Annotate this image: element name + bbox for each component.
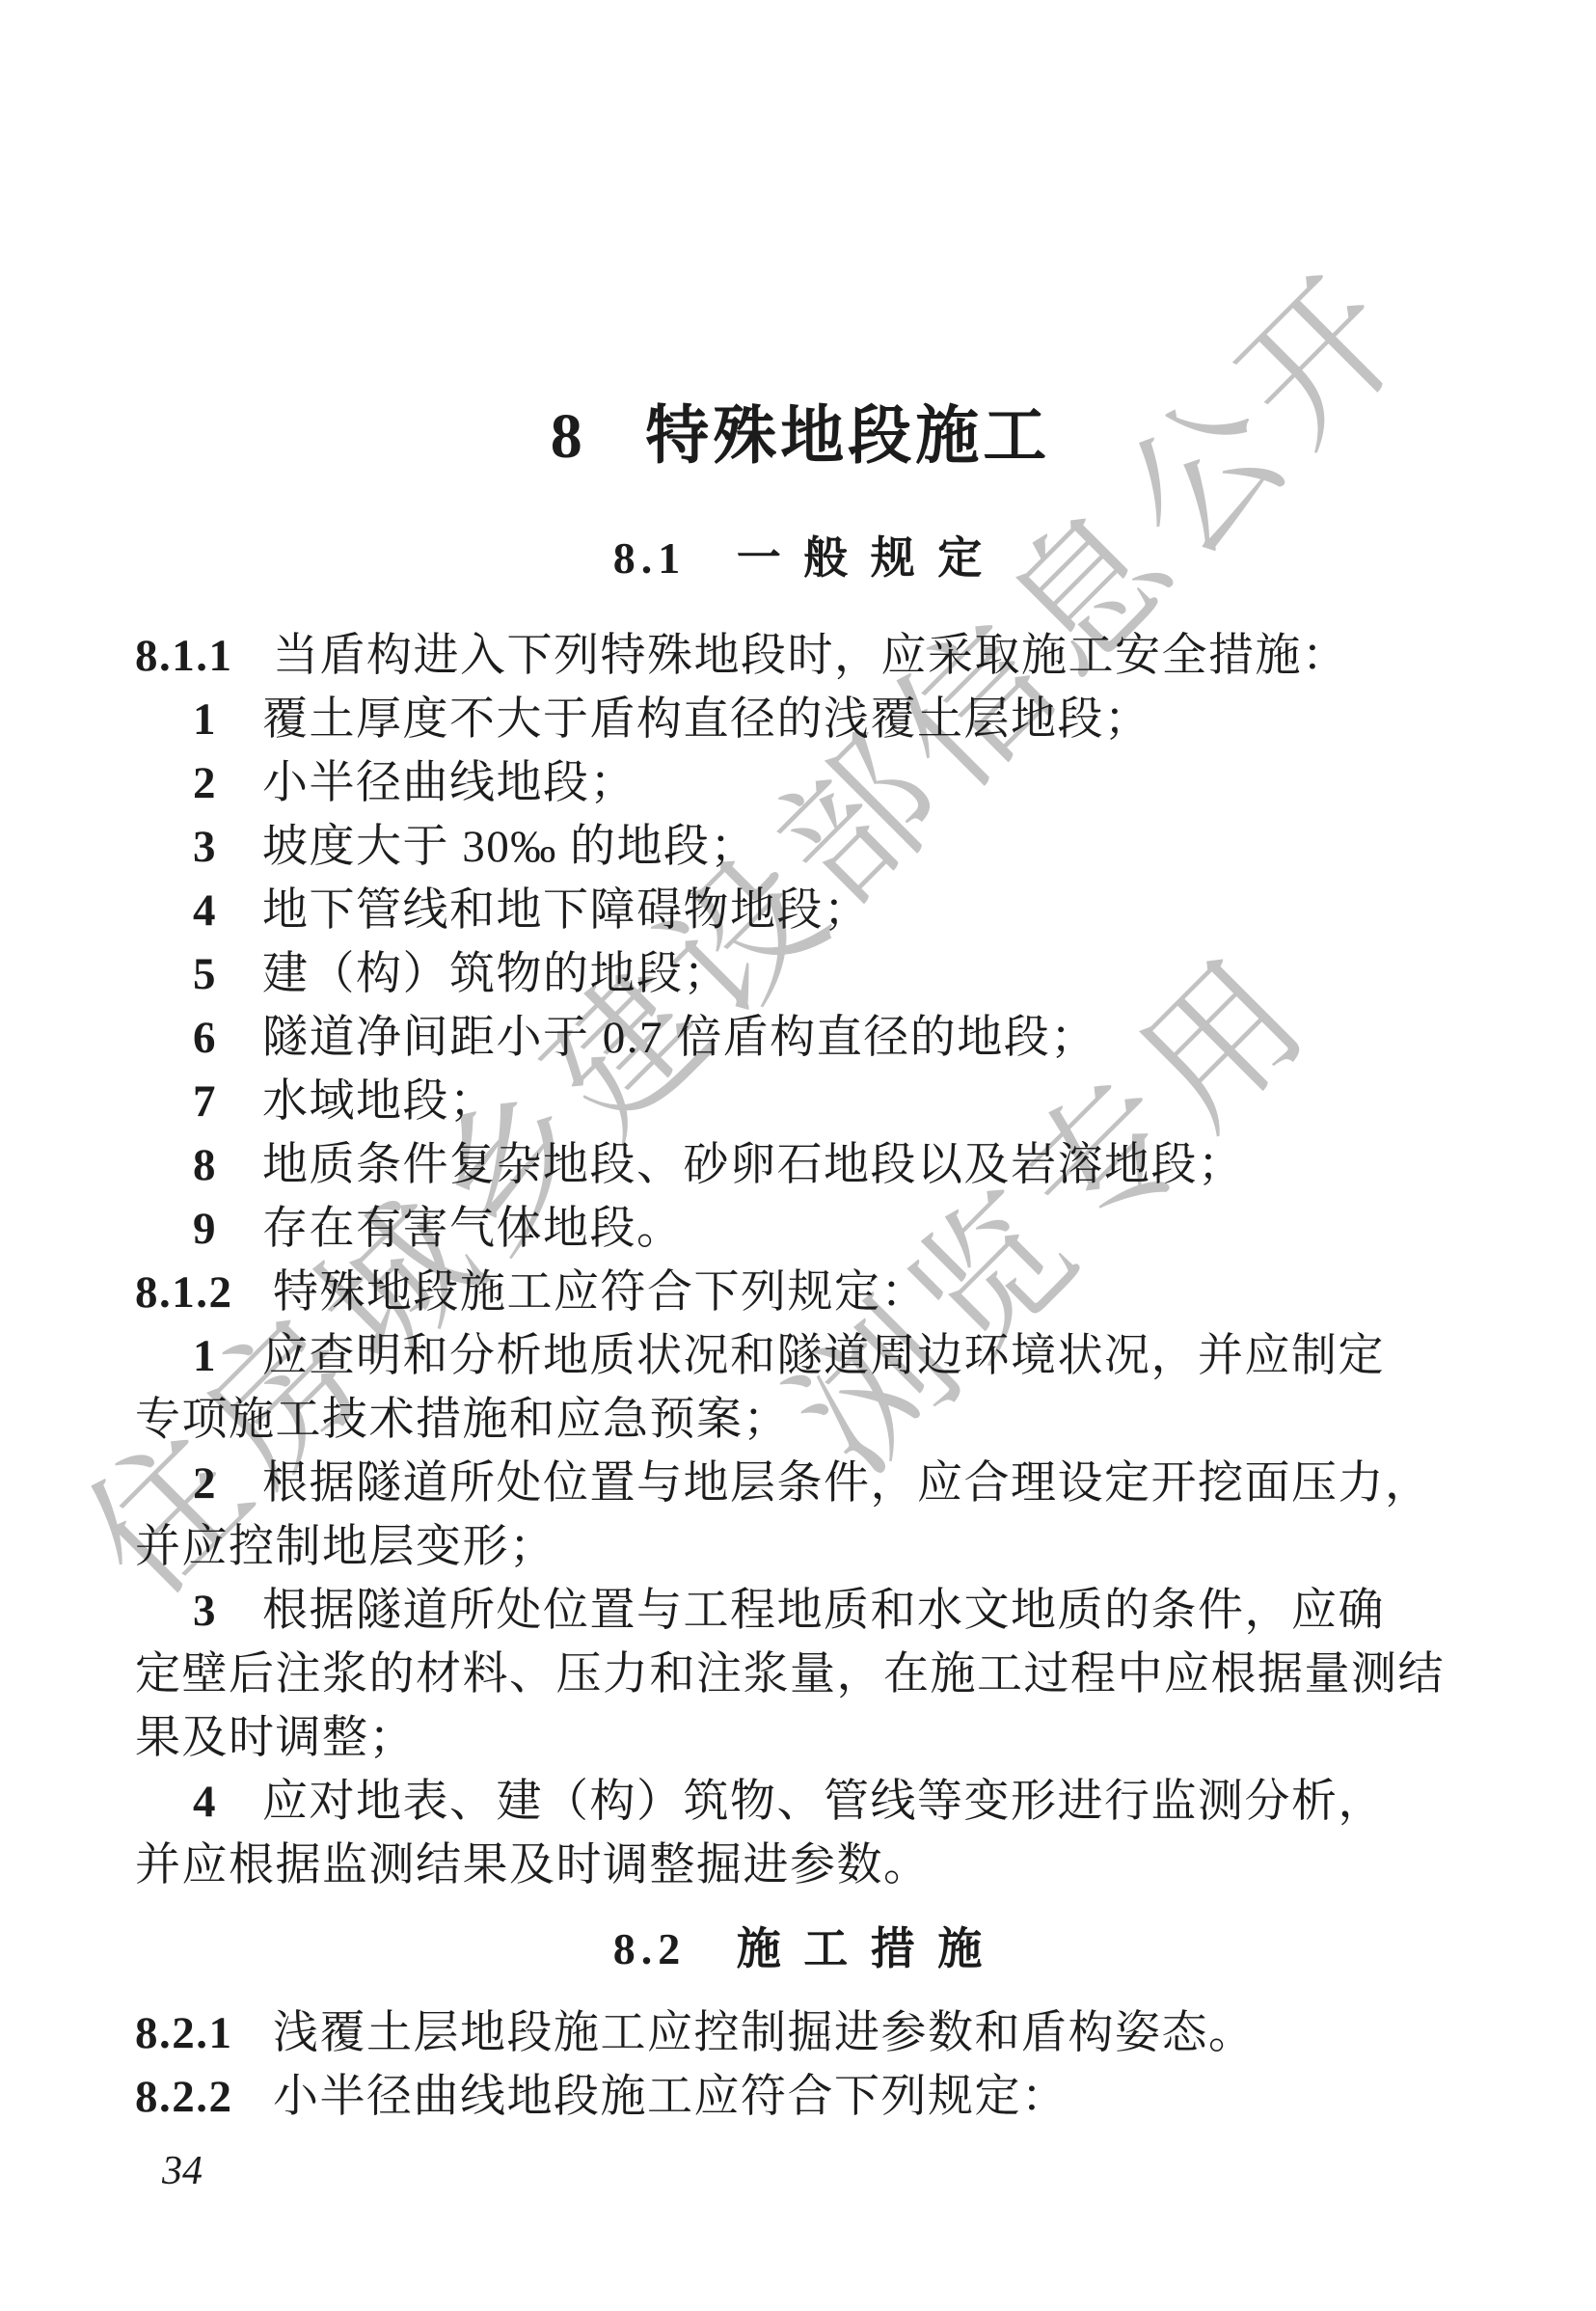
line-text: 坡度大于 30‰ 的地段； (262, 822, 757, 872)
clause-line: 8.1.2特殊地段施工应符合下列规定： (135, 1261, 1466, 1324)
document-page: 住房城乡建设部信息公开 浏览专用 8 特殊地段施工 8.1 一 般 规 定 8.… (0, 0, 1596, 2311)
chapter-title: 8 特殊地段施工 (135, 400, 1466, 474)
line-text: 覆土厚度不大于盾构直径的浅覆土层地段； (262, 694, 1151, 745)
continuation-line: 并应根据监测结果及时调整掘进参数。 (135, 1834, 1466, 1897)
item-number: 7 (193, 1070, 262, 1133)
list-item: 8地质条件复杂地段、砂卵石地段以及岩溶地段； (135, 1133, 1466, 1197)
list-item: 2根据隧道所处位置与地层条件，应合理设定开挖面压力， (135, 1452, 1466, 1515)
line-text: 并应控制地层变形； (135, 1522, 556, 1572)
line-text: 浅覆土层地段施工应控制掘进参数和盾构姿态。 (273, 2008, 1256, 2058)
clause-line: 8.1.1当盾构进入下列特殊地段时，应采取施工安全措施： (135, 624, 1466, 688)
clause-number: 8.1.2 (135, 1261, 273, 1324)
list-item: 4地下管线和地下障碍物地段； (135, 879, 1466, 942)
list-item: 3根据隧道所处位置与工程地质和水文地质的条件，应确 (135, 1579, 1466, 1643)
line-text: 小半径曲线地段； (262, 758, 636, 808)
document-body: 8 特殊地段施工 8.1 一 般 规 定 8.1.1当盾构进入下列特殊地段时，应… (135, 0, 1466, 2198)
item-number: 2 (193, 751, 262, 815)
line-text: 地下管线和地下障碍物地段； (262, 885, 871, 936)
section-title-8-1: 8.1 一 般 规 定 (135, 531, 1466, 585)
list-item: 2小半径曲线地段； (135, 751, 1466, 815)
item-number: 4 (193, 1770, 262, 1834)
line-text: 根据隧道所处位置与地层条件，应合理设定开挖面压力， (262, 1458, 1432, 1509)
line-text: 隧道净间距小于 0.7 倍盾构直径的地段； (262, 1013, 1097, 1063)
line-text: 特殊地段施工应符合下列规定： (273, 1267, 928, 1318)
line-text: 定壁后注浆的材料、压力和注浆量，在施工过程中应根据量测结 (135, 1649, 1445, 1699)
list-item: 4应对地表、建（构）筑物、管线等变形进行监测分析， (135, 1770, 1466, 1834)
continuation-line: 定壁后注浆的材料、压力和注浆量，在施工过程中应根据量测结 (135, 1643, 1466, 1706)
section-title-8-2: 8.2 施 工 措 施 (135, 1922, 1466, 1976)
line-text: 地质条件复杂地段、砂卵石地段以及岩溶地段； (262, 1140, 1245, 1190)
line-text: 水域地段； (262, 1076, 497, 1127)
line-text: 当盾构进入下列特殊地段时，应采取施工安全措施： (273, 631, 1349, 681)
line-text: 并应根据监测结果及时调整掘进参数。 (135, 1840, 931, 1890)
list-item: 3坡度大于 30‰ 的地段； (135, 815, 1466, 879)
continuation-line: 并应控制地层变形； (135, 1515, 1466, 1579)
page-number: 34 (135, 2144, 1466, 2198)
line-text: 专项施工技术措施和应急预案； (135, 1395, 790, 1445)
clause-number: 8.1.1 (135, 624, 273, 688)
continuation-line: 专项施工技术措施和应急预案； (135, 1388, 1466, 1452)
clause-number: 8.2.2 (135, 2065, 273, 2129)
item-number: 4 (193, 879, 262, 942)
item-number: 2 (193, 1452, 262, 1515)
item-number: 6 (193, 1006, 262, 1070)
item-number: 9 (193, 1197, 262, 1261)
list-item: 5建（构）筑物的地段； (135, 942, 1466, 1006)
item-number: 1 (193, 688, 262, 751)
list-item: 1应查明和分析地质状况和隧道周边环境状况，并应制定 (135, 1324, 1466, 1388)
line-text: 根据隧道所处位置与工程地质和水文地质的条件，应确 (262, 1586, 1385, 1636)
item-number: 8 (193, 1133, 262, 1197)
clause-line: 8.2.1浅覆土层地段施工应控制掘进参数和盾构姿态。 (135, 2001, 1466, 2065)
clause-number: 8.2.1 (135, 2001, 273, 2065)
list-item: 9存在有害气体地段。 (135, 1197, 1466, 1261)
item-number: 5 (193, 942, 262, 1006)
line-text: 果及时调整； (135, 1713, 416, 1763)
line-text: 应查明和分析地质状况和隧道周边环境状况，并应制定 (262, 1331, 1385, 1381)
clause-line: 8.2.2小半径曲线地段施工应符合下列规定： (135, 2065, 1466, 2129)
line-text: 建（构）筑物的地段； (262, 949, 730, 999)
line-text: 小半径曲线地段施工应符合下列规定： (273, 2072, 1069, 2122)
item-number: 3 (193, 815, 262, 879)
item-number: 3 (193, 1579, 262, 1643)
continuation-line: 果及时调整； (135, 1706, 1466, 1770)
list-item: 6隧道净间距小于 0.7 倍盾构直径的地段； (135, 1006, 1466, 1070)
item-number: 1 (193, 1324, 262, 1388)
line-text: 存在有害气体地段。 (262, 1204, 684, 1254)
line-text: 应对地表、建（构）筑物、管线等变形进行监测分析， (262, 1777, 1385, 1827)
list-item: 7水域地段； (135, 1070, 1466, 1133)
list-item: 1覆土厚度不大于盾构直径的浅覆土层地段； (135, 688, 1466, 751)
